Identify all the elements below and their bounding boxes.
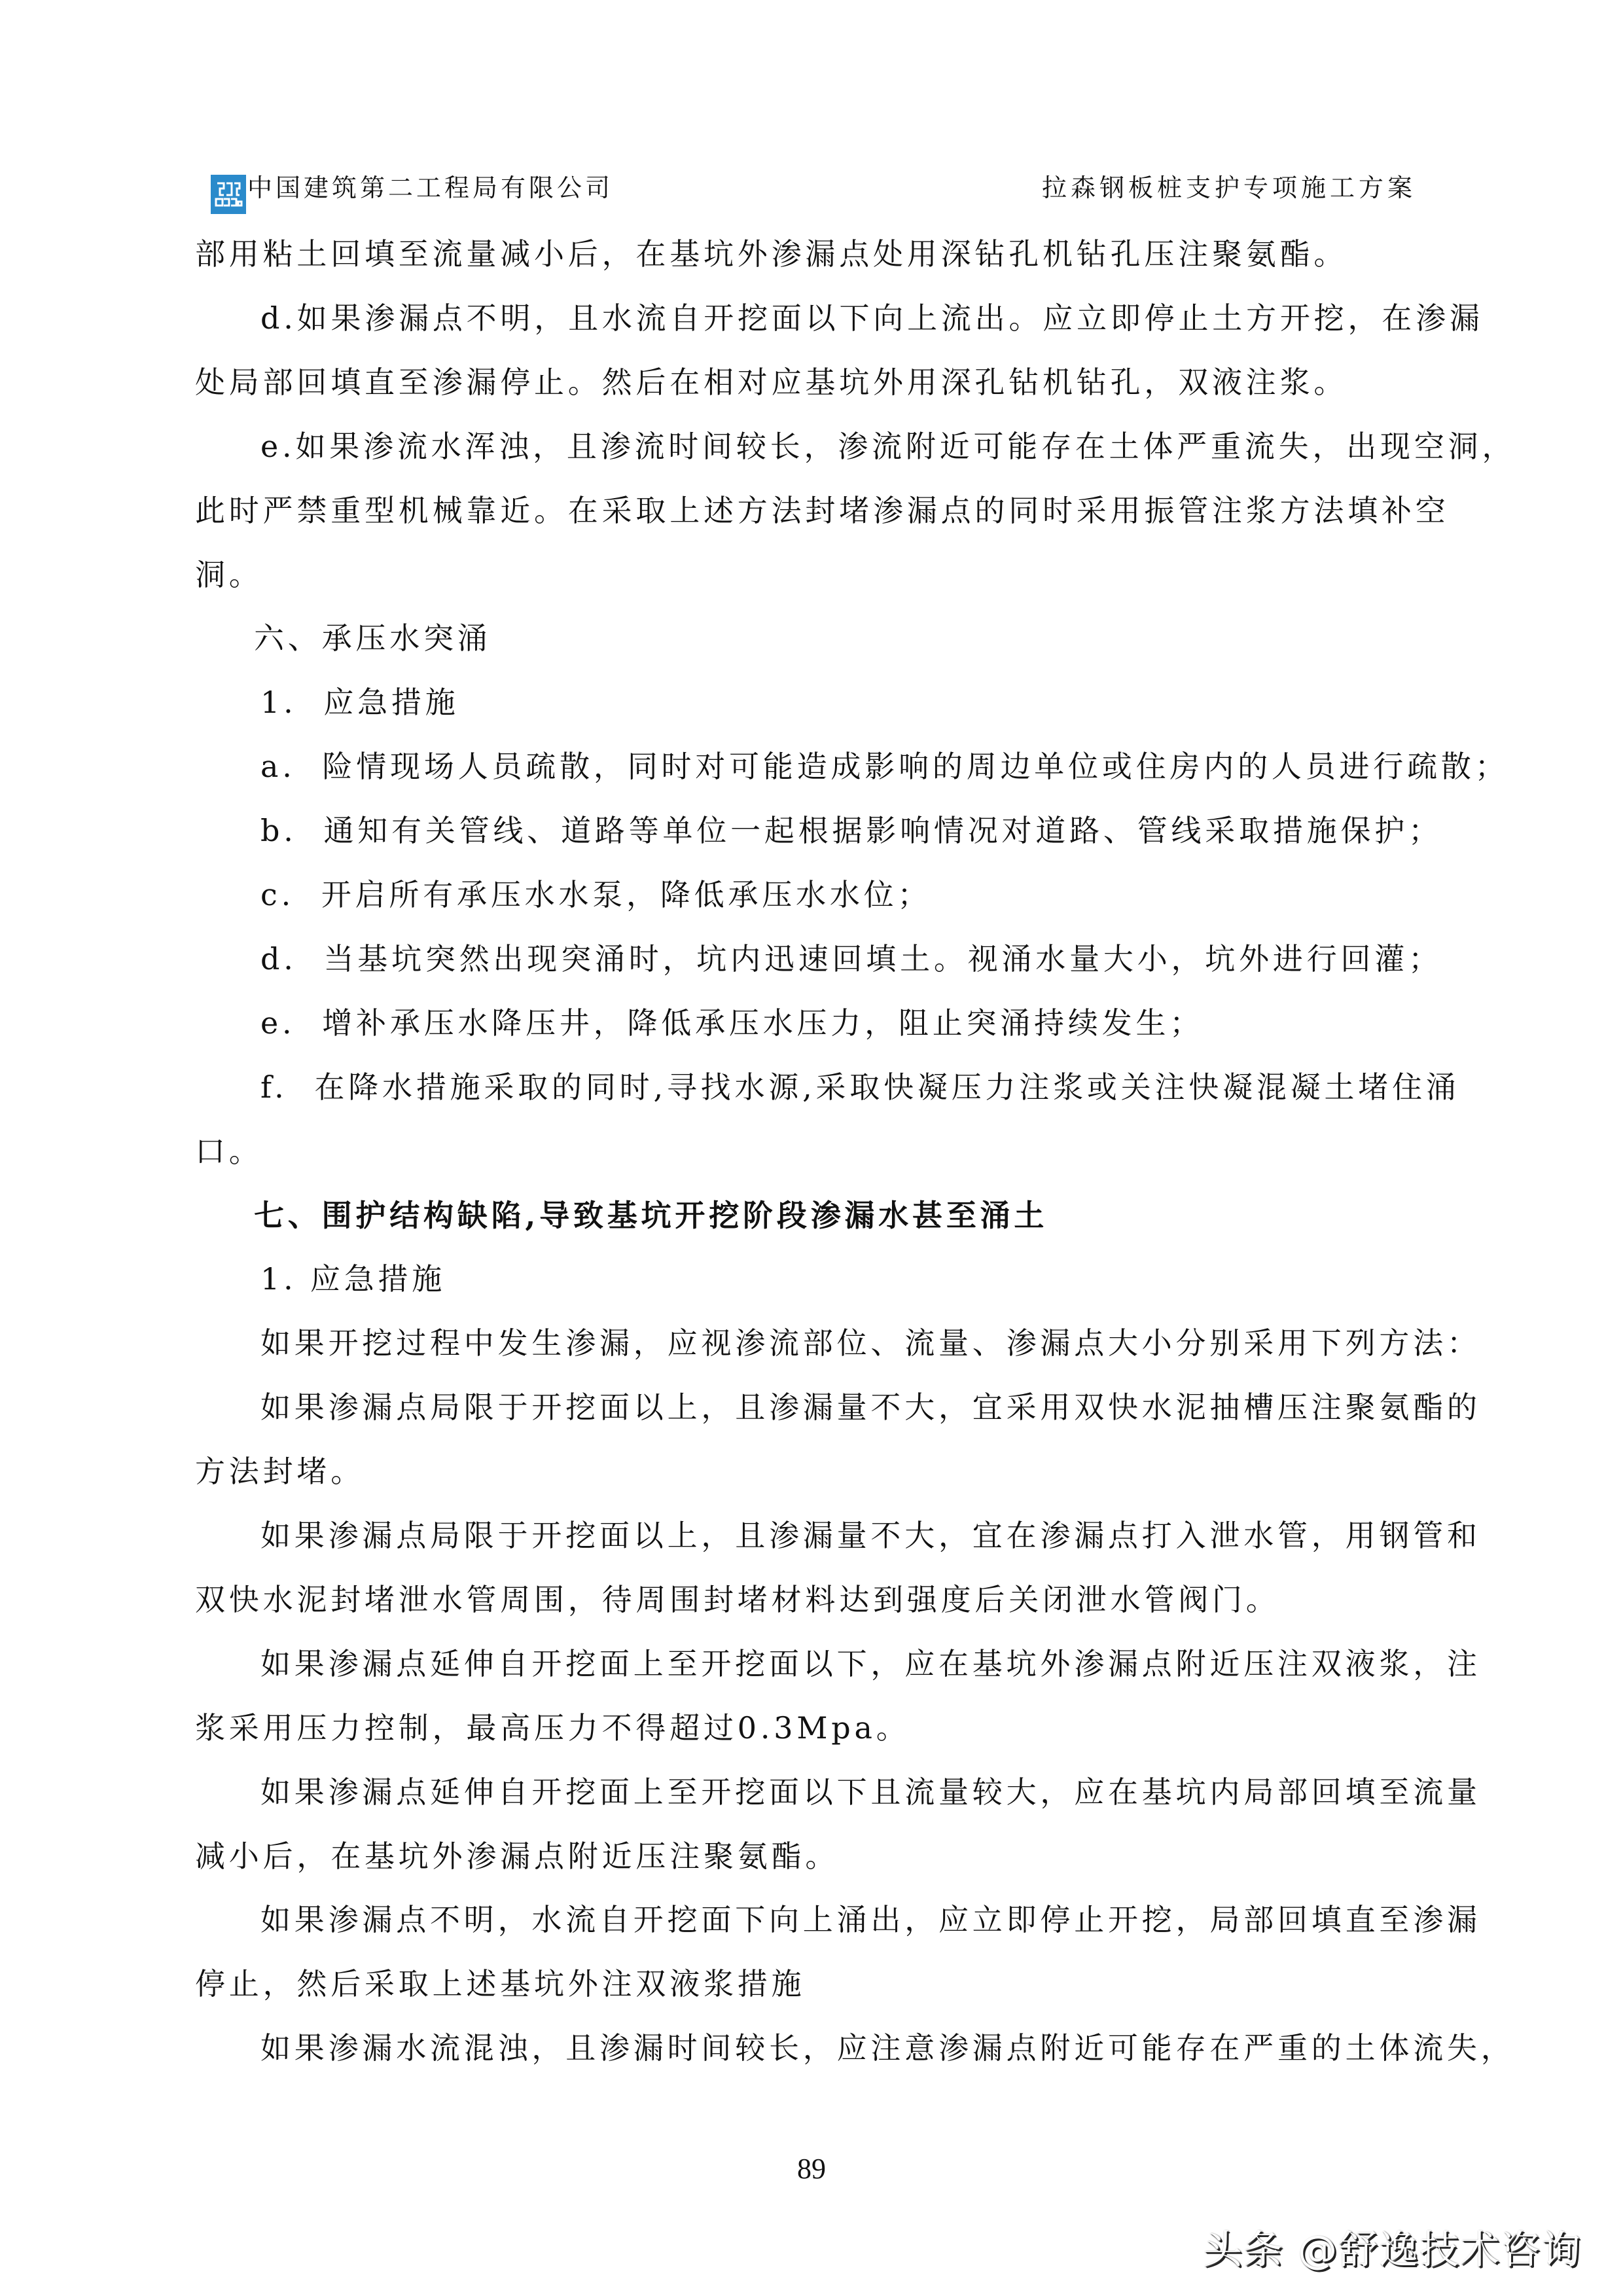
cscec-logo-icon bbox=[213, 178, 243, 211]
paragraph-line: 减小后，在基坑外渗漏点附近压注聚氨酯。 bbox=[195, 1837, 839, 1876]
header-document-title: 拉森钢板桩支护专项施工方案 bbox=[1042, 171, 1416, 204]
paragraph-line: e.如果渗流水浑浊，且渗流时间较长，渗流附近可能存在土体严重流失，出现空洞， bbox=[260, 427, 1516, 466]
paragraph-line: d.如果渗漏点不明，且水流自开挖面以下向上流出。应立即停止土方开挖，在渗漏 bbox=[260, 298, 1484, 338]
paragraph-line: 如果渗漏水流混浊，且渗漏时间较长，应注意渗漏点附近可能存在严重的土体流失， bbox=[260, 2028, 1515, 2068]
header-company-name: 中国建筑第二工程局有限公司 bbox=[247, 171, 613, 204]
paragraph-line: 如果渗漏点局限于开挖面以上，且渗漏量不大，宜采用双快水泥抽槽压注聚氨酯的 bbox=[260, 1388, 1481, 1427]
paragraph-line: 双快水泥封堵泄水管周围，待周围封堵材料达到强度后关闭泄水管阀门。 bbox=[195, 1580, 1280, 1619]
paragraph-line: f. 在降水措施采取的同时,寻找水源,采取快凝压力注浆或关注快凝混凝土堵住涌 bbox=[260, 1067, 1460, 1107]
watermark-text: 头条 @舒逸技术咨询 bbox=[1203, 2224, 1582, 2276]
document-page: 中国建筑第二工程局有限公司 拉森钢板桩支护专项施工方案 部用粘土回填至流量减小后… bbox=[0, 0, 1623, 2296]
paragraph-line: 如果开挖过程中发生渗漏，应视渗流部位、流量、渗漏点大小分别采用下列方法： bbox=[260, 1323, 1481, 1363]
paragraph-line: b. 通知有关管线、道路等单位一起根据影响情况对道路、管线采取措施保护； bbox=[260, 811, 1442, 850]
section-heading: 七、围护结构缺陷,导致基坑开挖阶段渗漏水甚至涌土 bbox=[254, 1196, 1048, 1235]
paragraph-line: a. 险情现场人员疏散，同时对可能造成影响的周边单位或住房内的人员进行疏散； bbox=[260, 747, 1509, 786]
paragraph-line: 此时严禁重型机械靠近。在采取上述方法封堵渗漏点的同时采用振管注浆方法填补空 bbox=[195, 491, 1450, 530]
paragraph-line: e. 增补承压水降压井，降低承压水压力，阻止突涌持续发生； bbox=[260, 1003, 1204, 1043]
paragraph-line: 处局部回填直至渗漏停止。然后在相对应基坑外用深孔钻机钻孔，双液注浆。 bbox=[195, 363, 1347, 402]
paragraph-line: 1. 应急措施 bbox=[260, 1259, 446, 1299]
paragraph-line: d. 当基坑突然出现突涌时，坑内迅速回填土。视涌水量大小，坑外进行回灌； bbox=[260, 939, 1442, 978]
paragraph-line: 如果渗漏点局限于开挖面以上，且渗漏量不大，宜在渗漏点打入泄水管，用钢管和 bbox=[260, 1516, 1481, 1555]
company-logo-icon bbox=[211, 175, 246, 214]
paragraph-line: 洞。 bbox=[195, 555, 263, 594]
paragraph-line: 如果渗漏点延伸自开挖面上至开挖面以下且流量较大，应在基坑内局部回填至流量 bbox=[260, 1772, 1481, 1812]
paragraph-line: 如果渗漏点延伸自开挖面上至开挖面以下，应在基坑外渗漏点附近压注双液浆，注 bbox=[260, 1644, 1481, 1683]
paragraph-line: 浆采用压力控制，最高压力不得超过0.3Mpa。 bbox=[195, 1708, 910, 1748]
paragraph-line: 方法封堵。 bbox=[195, 1452, 365, 1491]
paragraph-line: 如果渗漏点不明，水流自开挖面下向上涌出，应立即停止开挖，局部回填直至渗漏 bbox=[260, 1900, 1481, 1939]
paragraph-line: 口。 bbox=[195, 1132, 263, 1171]
paragraph-line: c. 开启所有承压水水泵，降低承压水水位； bbox=[260, 875, 931, 914]
section-heading: 六、承压水突涌 bbox=[254, 619, 491, 658]
paragraph-line: 部用粘土回填至流量减小后，在基坑外渗漏点处用深钻孔机钻孔压注聚氨酯。 bbox=[195, 234, 1347, 274]
page-number: 89 bbox=[0, 2152, 1623, 2186]
paragraph-line: 停止，然后采取上述基坑外注双液浆措施 bbox=[195, 1964, 805, 2003]
paragraph-line: 1. 应急措施 bbox=[260, 683, 459, 722]
